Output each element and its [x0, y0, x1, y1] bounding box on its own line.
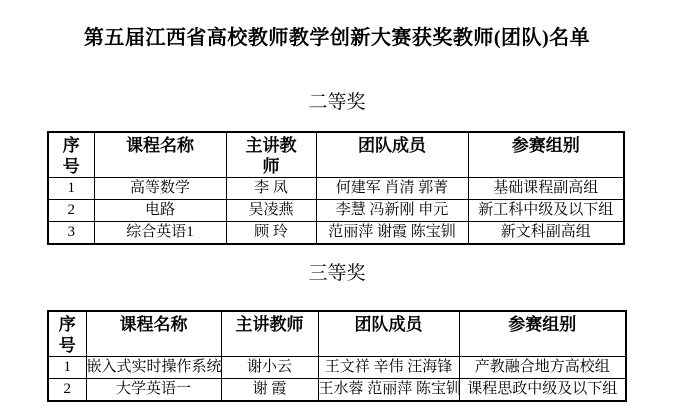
table-header-row: 序 号 课程名称 主讲教 师 团队成员 参赛组别 [48, 132, 624, 178]
cell-team: 范丽萍 谢霞 陈宝钏 [316, 222, 468, 245]
cell-team: 王文祥 辛伟 汪海锋 [318, 357, 459, 379]
cell-group: 基础课程副高组 [468, 178, 624, 200]
document-title: 第五届江西省高校教师教学创新大赛获奖教师(团队)名单 [0, 27, 674, 49]
cell-index: 1 [48, 178, 94, 200]
cell-course: 电路 [94, 200, 226, 222]
table-row: 2 电路 吴凌燕 李慧 冯新刚 申元 新工科中级及以下组 [48, 200, 624, 222]
cell-team: 李慧 冯新刚 申元 [316, 200, 468, 222]
table-row: 1 嵌入式实时操作系统 谢小云 王文祥 辛伟 汪海锋 产教融合地方高校组 [48, 357, 626, 379]
table-row: 3 综合英语1 顾 玲 范丽萍 谢霞 陈宝钏 新文科副高组 [48, 222, 624, 245]
header-cell-lecturer: 主讲教 师 [226, 132, 316, 178]
cell-course: 高等数学 [94, 178, 226, 200]
table-row: 2 大学英语一 谢 霞 王水蓉 范丽萍 陈宝钏 课程思政中级及以下组 [48, 379, 626, 402]
header-cell-course: 课程名称 [86, 311, 221, 357]
cell-course: 嵌入式实时操作系统 [86, 357, 221, 379]
table-header-row: 序 号 课程名称 主讲教师 团队成员 参赛组别 [48, 311, 626, 357]
header-cell-course: 课程名称 [94, 132, 226, 178]
cell-team: 何建军 肖清 郭菁 [316, 178, 468, 200]
cell-group: 新工科中级及以下组 [468, 200, 624, 222]
table-row: 1 高等数学 李 凤 何建军 肖清 郭菁 基础课程副高组 [48, 178, 624, 200]
cell-lecturer: 谢 霞 [221, 379, 318, 402]
header-cell-team: 团队成员 [318, 311, 459, 357]
section-heading-second-prize: 二等奖 [0, 93, 674, 113]
cell-index: 3 [48, 222, 94, 245]
cell-index: 1 [48, 357, 86, 379]
cell-lecturer: 李 凤 [226, 178, 316, 200]
cell-lecturer: 吴凌燕 [226, 200, 316, 222]
cell-group: 课程思政中级及以下组 [459, 379, 626, 402]
cell-lecturer: 谢小云 [221, 357, 318, 379]
cell-group: 产教融合地方高校组 [459, 357, 626, 379]
cell-group: 新文科副高组 [468, 222, 624, 245]
cell-lecturer: 顾 玲 [226, 222, 316, 245]
header-cell-group: 参赛组别 [468, 132, 624, 178]
cell-index: 2 [48, 379, 86, 402]
header-cell-team: 团队成员 [316, 132, 468, 178]
third-prize-table: 序 号 课程名称 主讲教师 团队成员 参赛组别 1 嵌入式实时操作系统 谢小云 … [47, 310, 627, 402]
document-page: 第五届江西省高校教师教学创新大赛获奖教师(团队)名单 二等奖 序 号 课程名称 … [0, 0, 674, 418]
header-cell-index: 序 号 [48, 132, 94, 178]
section-heading-third-prize: 三等奖 [0, 264, 674, 284]
header-cell-lecturer: 主讲教师 [221, 311, 318, 357]
cell-team: 王水蓉 范丽萍 陈宝钏 [318, 379, 459, 402]
cell-course: 大学英语一 [86, 379, 221, 402]
cell-course: 综合英语1 [94, 222, 226, 245]
header-cell-group: 参赛组别 [459, 311, 626, 357]
cell-index: 2 [48, 200, 94, 222]
header-cell-index: 序 号 [48, 311, 86, 357]
second-prize-table: 序 号 课程名称 主讲教 师 团队成员 参赛组别 1 高等数学 李 凤 何建军 … [47, 131, 625, 245]
